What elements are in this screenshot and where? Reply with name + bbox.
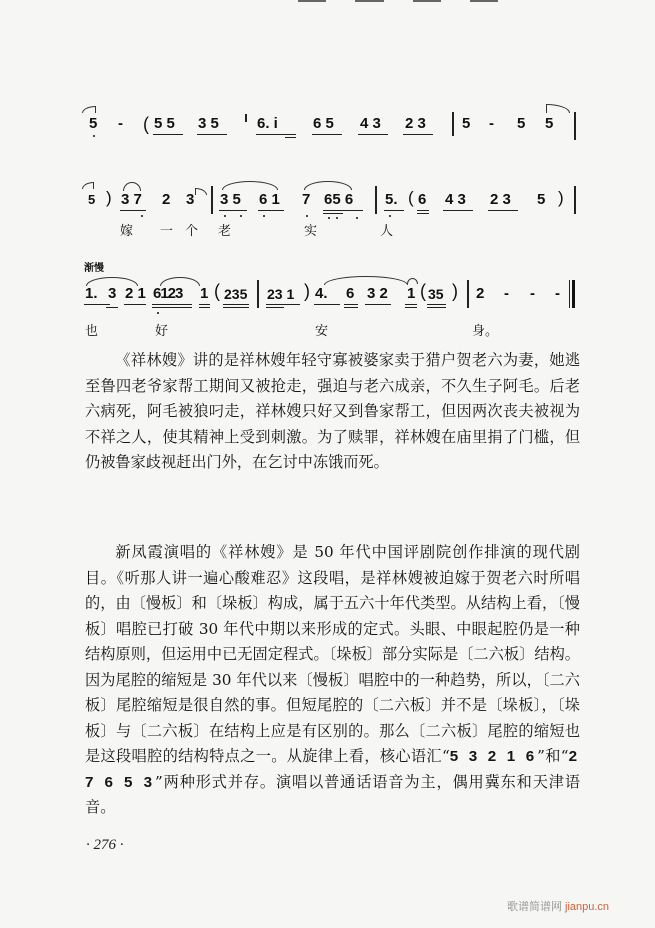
paren-close: ) bbox=[304, 283, 310, 299]
beam bbox=[443, 210, 473, 211]
note-group: 23 1 bbox=[267, 286, 294, 302]
dash: - bbox=[555, 286, 560, 302]
lyric: 也 bbox=[85, 320, 98, 339]
tie-mark bbox=[82, 182, 94, 189]
low-octave-dot bbox=[157, 312, 159, 314]
paren-close: ) bbox=[558, 190, 564, 206]
paren-close: ) bbox=[452, 283, 458, 299]
score-line-2: 5 ) 3 7 2 3 3 5 6 1 7 65 6 5. ( 6 4 3 2 … bbox=[0, 168, 655, 240]
beam bbox=[384, 210, 404, 211]
barline bbox=[574, 186, 576, 214]
beam bbox=[153, 134, 183, 135]
note: 5 bbox=[537, 192, 545, 208]
tie-mark bbox=[195, 188, 207, 195]
slur bbox=[304, 181, 352, 190]
beam bbox=[427, 304, 446, 305]
beam bbox=[417, 213, 429, 214]
scan-edge-mark bbox=[355, 0, 384, 2]
beam bbox=[405, 304, 417, 305]
slur bbox=[123, 182, 141, 191]
beam bbox=[124, 304, 146, 305]
note-group: 3 5 bbox=[198, 116, 219, 132]
paragraph-analysis: 新凤霞演唱的《祥林嫂》是 50 年代中国评剧院创作排演的现代剧目。《听那人讲一遍… bbox=[85, 540, 580, 821]
final-barline bbox=[572, 280, 575, 308]
lyric: 人 bbox=[380, 220, 393, 239]
note: 2 bbox=[162, 192, 170, 208]
beam bbox=[488, 210, 518, 211]
note-group: 6 1 bbox=[259, 192, 280, 208]
beam bbox=[152, 307, 192, 308]
dash: - bbox=[118, 116, 123, 132]
note-group: 35 bbox=[428, 286, 444, 302]
beam bbox=[358, 134, 388, 135]
note-group: 2 3 bbox=[405, 116, 426, 132]
beam bbox=[223, 304, 249, 305]
dash: - bbox=[489, 116, 494, 132]
beam bbox=[314, 304, 340, 305]
note: 5 bbox=[462, 116, 470, 132]
final-barline bbox=[569, 280, 570, 308]
note: 3 bbox=[108, 286, 116, 302]
low-octave-dot bbox=[263, 215, 265, 217]
note-group: 2 1 bbox=[125, 286, 146, 302]
note-group: 3 5 bbox=[220, 192, 241, 208]
note: 5 bbox=[517, 116, 525, 132]
beam bbox=[152, 304, 192, 305]
paragraph-synopsis: 《祥林嫂》讲的是祥林嫂年轻守寡被婆家卖于猎户贺老六为妻，她逃至鲁四老爷家帮工期间… bbox=[85, 348, 580, 476]
note: 7 bbox=[302, 192, 310, 208]
paren-open: ( bbox=[408, 190, 414, 206]
beam bbox=[323, 213, 343, 214]
watermark-cn: 歌谱简谱网 bbox=[507, 900, 562, 913]
dash: - bbox=[530, 286, 535, 302]
beam bbox=[344, 307, 358, 308]
lyric: 一 bbox=[160, 220, 173, 239]
note-group: 235 bbox=[224, 286, 247, 302]
beam bbox=[223, 307, 249, 308]
note: 1 bbox=[200, 286, 208, 302]
barline bbox=[211, 186, 213, 214]
note-group: 4 3 bbox=[360, 116, 381, 132]
paren-close: ) bbox=[106, 190, 112, 206]
page-number: · 276 · bbox=[86, 837, 124, 854]
note-group: 6. i bbox=[257, 116, 278, 132]
watermark: 歌谱简谱网jianpu.cn bbox=[507, 898, 609, 914]
motif-notation: 5 3 2 1 6 bbox=[450, 748, 537, 765]
beam bbox=[266, 307, 284, 308]
beam bbox=[84, 304, 110, 305]
note: 6 bbox=[346, 286, 354, 302]
beam bbox=[120, 210, 146, 211]
slur bbox=[222, 181, 278, 190]
note: 6 bbox=[418, 192, 426, 208]
low-octave-dot bbox=[306, 215, 308, 217]
low-octave-dot bbox=[93, 135, 95, 137]
beam bbox=[199, 307, 210, 308]
scan-edge-mark bbox=[298, 0, 326, 2]
note: 5 bbox=[545, 116, 553, 132]
beam bbox=[403, 134, 433, 135]
low-octave-dot bbox=[224, 215, 226, 217]
note-fermata: 1 bbox=[407, 286, 415, 302]
beam bbox=[219, 210, 247, 211]
dash: - bbox=[504, 286, 509, 302]
note: 5 bbox=[89, 116, 97, 132]
watermark-site: jianpu.cn bbox=[565, 901, 609, 913]
paragraph-analysis-text: ”和“ bbox=[537, 747, 568, 765]
tie-mark bbox=[546, 104, 570, 113]
tempo-marking: 渐慢 bbox=[84, 259, 104, 274]
beam bbox=[365, 304, 391, 305]
paren-open: ( bbox=[420, 283, 426, 299]
beam bbox=[344, 304, 358, 305]
note-group: 3 2 bbox=[367, 286, 388, 302]
lyric: 个 bbox=[185, 220, 198, 239]
paren-open: ( bbox=[143, 116, 149, 132]
beam bbox=[197, 134, 227, 135]
beam bbox=[199, 304, 210, 305]
beam bbox=[285, 137, 296, 138]
score-line-1: 5 - ( 5 5 3 5 6. i 6 5 4 3 2 3 5 - 5 5 bbox=[0, 100, 655, 160]
tie-mark bbox=[82, 106, 96, 113]
paragraph-analysis-text: 新凤霞演唱的《祥林嫂》是 50 年代中国评剧院创作排演的现代剧目。《听那人讲一遍… bbox=[85, 543, 580, 765]
note-group: 2 3 bbox=[490, 192, 511, 208]
beam bbox=[405, 307, 417, 308]
paragraph-analysis-text: ”两种形式并存。演唱以普通话语音为主，偶用冀东和天津语音。 bbox=[85, 773, 580, 817]
lyric: 老 bbox=[218, 220, 231, 239]
note-group: 6123 bbox=[153, 286, 182, 302]
low-octave-dot bbox=[328, 217, 330, 219]
note-group: 65 6 bbox=[324, 192, 353, 208]
low-octave-dot bbox=[141, 215, 143, 217]
lyric: 实 bbox=[304, 220, 317, 239]
note-group: 3 7 bbox=[121, 192, 142, 208]
note-group: 4 3 bbox=[445, 192, 466, 208]
lyric: 身。 bbox=[472, 320, 498, 339]
scan-edge-mark bbox=[470, 0, 498, 2]
beam bbox=[323, 210, 363, 211]
beam bbox=[312, 134, 342, 135]
paren-open: ( bbox=[214, 283, 220, 299]
note-group: 5 5 bbox=[154, 116, 175, 132]
beam bbox=[417, 210, 429, 211]
low-octave-dot bbox=[336, 217, 338, 219]
beam bbox=[258, 210, 284, 211]
barline bbox=[245, 114, 247, 122]
lyric: 好 bbox=[155, 320, 168, 339]
score-line-3: 渐慢 1. 3 2 1 6123 1 ( 235 23 1 ) 4. 6 3 2… bbox=[0, 255, 655, 340]
barline bbox=[257, 280, 259, 308]
barline bbox=[375, 186, 377, 214]
beam bbox=[427, 307, 446, 308]
note: 2 bbox=[476, 286, 484, 302]
beam bbox=[266, 304, 300, 305]
note: 5. bbox=[385, 192, 398, 208]
note-group: 6 5 bbox=[313, 116, 334, 132]
note: 1. bbox=[85, 286, 98, 302]
note: 5 bbox=[88, 192, 95, 208]
lyric: 嫁 bbox=[120, 220, 133, 239]
note: 4. bbox=[315, 286, 328, 302]
barline bbox=[467, 280, 469, 308]
slur bbox=[324, 276, 408, 285]
beam bbox=[256, 134, 296, 135]
barline bbox=[452, 112, 454, 136]
low-octave-dot bbox=[389, 215, 391, 217]
note: 3 bbox=[186, 192, 194, 208]
low-octave-dot bbox=[356, 217, 358, 219]
scan-edge-mark bbox=[413, 0, 441, 2]
beam bbox=[106, 307, 118, 308]
fermata-icon bbox=[407, 278, 418, 284]
lyric: 安 bbox=[315, 320, 328, 339]
low-octave-dot bbox=[240, 215, 242, 217]
barline bbox=[574, 112, 576, 140]
